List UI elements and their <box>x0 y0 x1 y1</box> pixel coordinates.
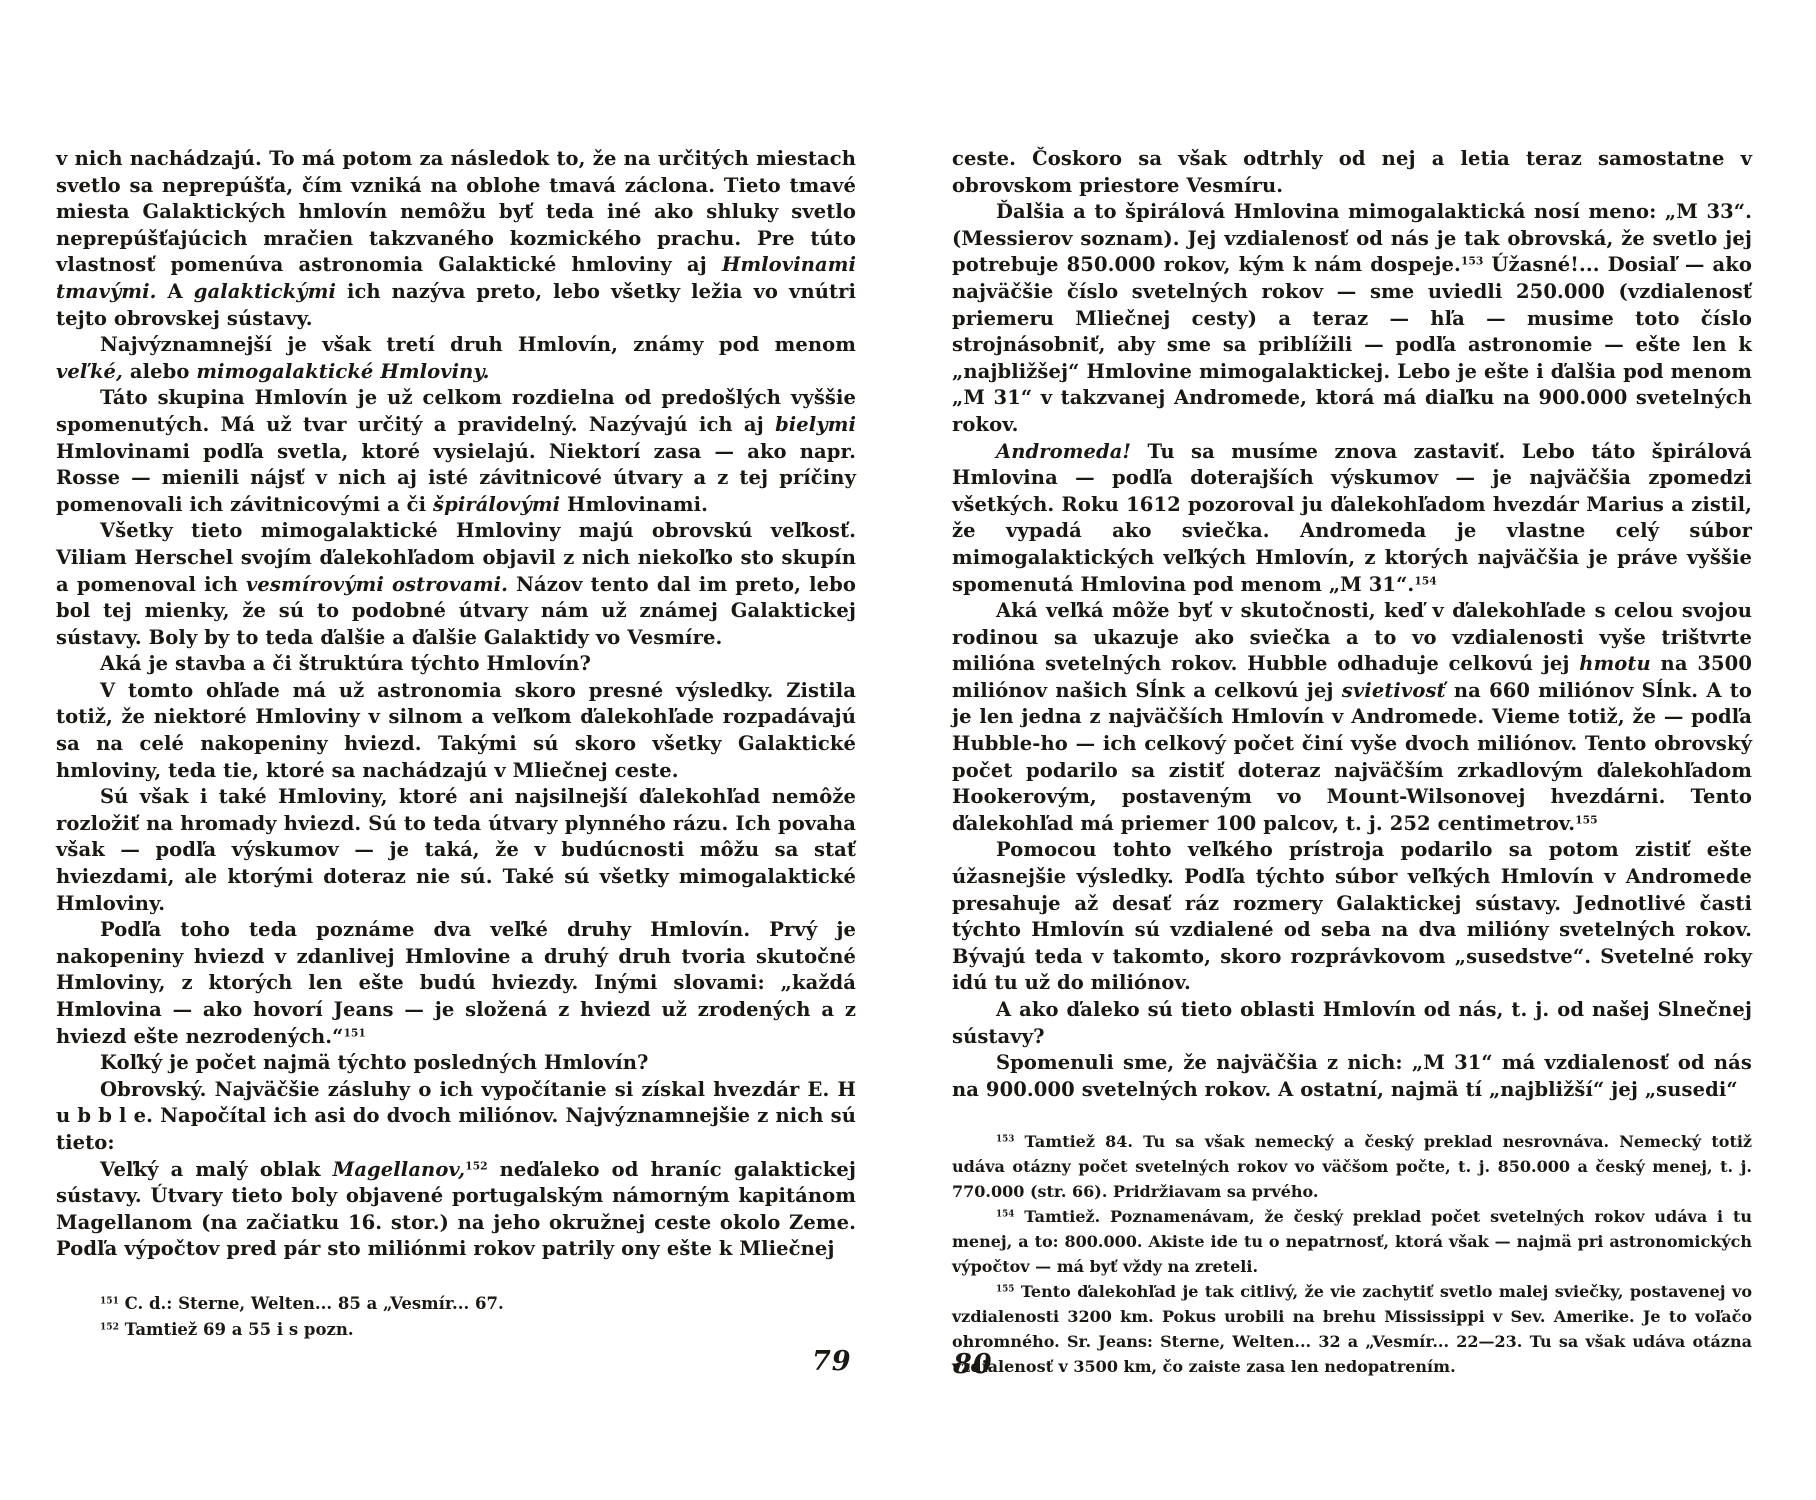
paragraph: Veľký a malý oblak Magellanov,152 neďale… <box>56 1157 856 1263</box>
footnote-marker: 154 <box>1414 574 1436 587</box>
text-segment: A ako ďaleko sú tieto oblasti Hmlovín od… <box>952 998 1752 1048</box>
text-segment: galaktickými <box>194 280 336 303</box>
text-segment: veľké, <box>56 360 123 383</box>
text-segment: ceste. Čoskoro sa však odtrhly od nej a … <box>952 147 1752 197</box>
footnotes: 151 C. d.: Sterne, Welten... 85 a „Vesmí… <box>56 1291 856 1343</box>
page-80: ceste. Čoskoro sa však odtrhly od nej a … <box>952 146 1752 1379</box>
footnote: 155 Tento ďalekohľad je tak citlivý, že … <box>952 1279 1752 1379</box>
book-spread: v nich nachádzajú. To má potom za násled… <box>0 0 1816 1500</box>
footnote-marker: 154 <box>996 1210 1014 1220</box>
paragraph: Obrovský. Najväčšie zásluhy o ich vypočí… <box>56 1077 856 1157</box>
text-segment: Veľký a malý oblak <box>100 1158 333 1181</box>
text-segment: svietivosť <box>1342 679 1446 702</box>
footnote-marker: 151 <box>343 1026 365 1039</box>
text-segment: Tamtiež 84. Tu sa však nemecký a český p… <box>952 1132 1752 1201</box>
text-segment: Aká je stavba a či štruktúra týchto Hmlo… <box>100 652 591 675</box>
footnote: 152 Tamtiež 69 a 55 i s pozn. <box>56 1317 856 1343</box>
text-segment: Tento ďalekohľad je tak citlivý, že vie … <box>952 1282 1752 1376</box>
page-body: ceste. Čoskoro sa však odtrhly od nej a … <box>952 146 1752 1103</box>
text-segment: Najvýznamnejší je však tretí druh Hmloví… <box>100 333 856 356</box>
text-segment: alebo <box>123 360 196 383</box>
text-segment: Hmlovinami. <box>560 493 708 516</box>
footnote-marker: 151 <box>100 1296 119 1307</box>
footnote-marker: 155 <box>996 1285 1014 1295</box>
paragraph: Pomocou tohto veľkého prístroja podarilo… <box>952 837 1752 997</box>
text-segment: Tamtiež. Poznamenávam, že český preklad … <box>952 1207 1752 1276</box>
paragraph: Spomenuli sme, že najväčšia z nich: „M 3… <box>952 1050 1752 1103</box>
text-segment: Táto skupina Hmlovín je už celkom rozdie… <box>56 386 856 436</box>
text-segment: Magellanov, <box>333 1158 466 1181</box>
paragraph: Táto skupina Hmlovín je už celkom rozdie… <box>56 385 856 518</box>
paragraph: Aká je stavba a či štruktúra týchto Hmlo… <box>56 651 856 678</box>
paragraph: A ako ďaleko sú tieto oblasti Hmlovín od… <box>952 997 1752 1050</box>
footnote: 153 Tamtiež 84. Tu sa však nemecký a čes… <box>952 1129 1752 1204</box>
footnote-marker: 152 <box>465 1159 487 1172</box>
text-segment: Spomenuli sme, že najväčšia z nich: „M 3… <box>952 1051 1752 1101</box>
text-segment: Úžasné!... Dosiaľ — ako najväčšie číslo … <box>952 253 1752 436</box>
text-segment: bielymi <box>775 413 856 436</box>
paragraph: Najvýznamnejší je však tretí druh Hmloví… <box>56 332 856 385</box>
text-segment: C. d.: Sterne, Welten... 85 a „Vesmír...… <box>119 1294 504 1313</box>
text-segment: A <box>157 280 194 303</box>
paragraph: v nich nachádzajú. To má potom za násled… <box>56 146 856 332</box>
text-segment: Andromeda! <box>996 440 1131 463</box>
text-segment: Koľký je počet najmä týchto posledných H… <box>100 1051 649 1074</box>
text-segment: Podľa toho teda poznáme dva veľké druhy … <box>56 918 856 1047</box>
footnotes: 153 Tamtiež 84. Tu sa však nemecký a čes… <box>952 1129 1752 1379</box>
paragraph: Andromeda! Tu sa musíme znova zastaviť. … <box>952 439 1752 599</box>
paragraph: ceste. Čoskoro sa však odtrhly od nej a … <box>952 146 1752 199</box>
footnote-marker: 152 <box>100 1322 119 1333</box>
footnote: 154 Tamtiež. Poznamenávam, že český prek… <box>952 1204 1752 1279</box>
text-segment: Tamtiež 69 a 55 i s pozn. <box>119 1320 354 1339</box>
paragraph: Ďalšia a to špirálová Hmlovina mimogalak… <box>952 199 1752 438</box>
page-79: v nich nachádzajú. To má potom za násled… <box>56 146 856 1343</box>
text-segment: Pomocou tohto veľkého prístroja podarilo… <box>952 838 1752 994</box>
text-segment: na 660 miliónov Sĺnk. A to je len jedna … <box>952 679 1752 835</box>
footnote: 151 C. d.: Sterne, Welten... 85 a „Vesmí… <box>56 1291 856 1317</box>
text-segment: Sú však i také Hmloviny, ktoré ani najsi… <box>56 785 856 914</box>
paragraph: Koľký je počet najmä týchto posledných H… <box>56 1050 856 1077</box>
text-segment: hmotu <box>1579 652 1651 675</box>
paragraph: Aká veľká môže byť v skutočnosti, keď v … <box>952 598 1752 837</box>
page-number-left: 79 <box>812 1346 852 1377</box>
footnote-marker: 153 <box>996 1135 1014 1145</box>
page-number-right: 80 <box>953 1349 993 1380</box>
text-segment: V tomto ohľade má už astronomia skoro pr… <box>56 679 856 782</box>
footnote-marker: 155 <box>1575 813 1597 826</box>
text-segment: mimogalaktické Hmloviny. <box>196 360 489 383</box>
paragraph: Podľa toho teda poznáme dva veľké druhy … <box>56 917 856 1050</box>
paragraph: V tomto ohľade má už astronomia skoro pr… <box>56 678 856 784</box>
paragraph: Sú však i také Hmloviny, ktoré ani najsi… <box>56 784 856 917</box>
text-segment: Obrovský. Najväčšie zásluhy o ich vypočí… <box>56 1078 856 1154</box>
page-body: v nich nachádzajú. To má potom za násled… <box>56 146 856 1263</box>
footnote-marker: 153 <box>1461 255 1483 268</box>
text-segment: špirálovými <box>433 493 560 516</box>
text-segment: vesmírovými ostrovami. <box>246 573 508 596</box>
paragraph: Všetky tieto mimogalaktické Hmloviny maj… <box>56 518 856 651</box>
